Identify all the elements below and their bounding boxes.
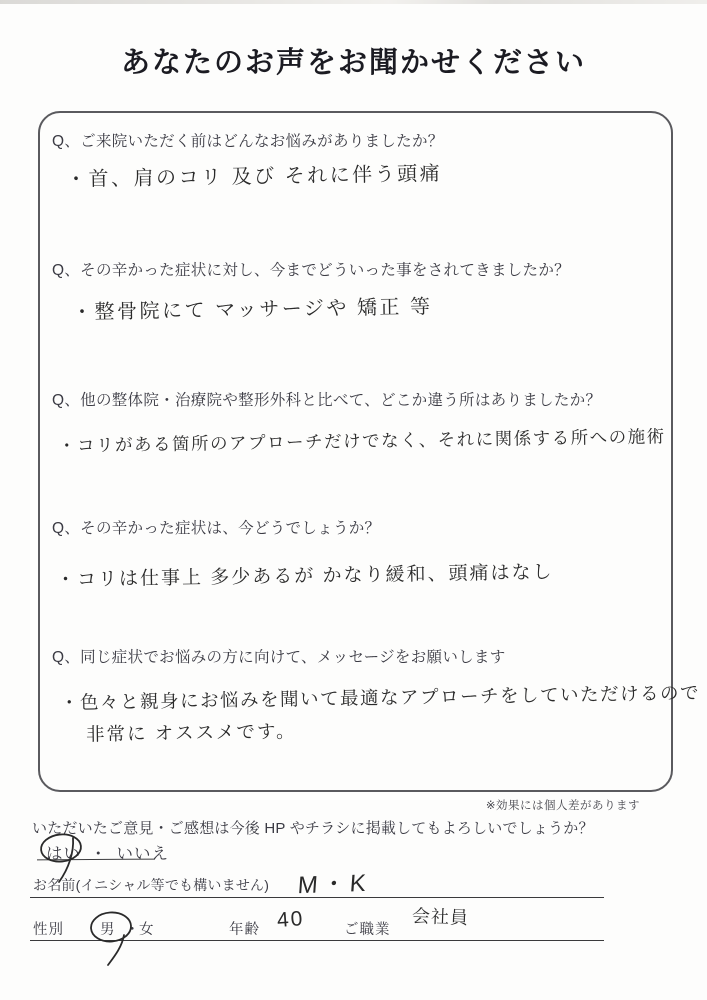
scan-edge-artifact <box>0 0 707 4</box>
publication-consent-question: いただいたご意見・ご感想は今後 HP やチラシに掲載してもよろしいでしょうか？ <box>32 817 594 838</box>
profile-row-underline <box>30 940 604 941</box>
scanned-survey-page: { "page": { "title": "あなたのお声をお聞かせください", … <box>0 0 707 1000</box>
question-5-label: Q、同じ症状でお悩みの方に向けて、メッセージをお願いします <box>52 645 652 667</box>
question-2-label: Q、その辛かった症状に対し、今までどういった事をされてきましたか？ <box>52 258 652 280</box>
page-title: あなたのお声をお聞かせください <box>0 40 707 81</box>
age-handwritten-value: 40 <box>276 907 305 933</box>
gender-option-male: 男 <box>100 918 116 939</box>
consent-options: はい・いいえ <box>46 840 169 864</box>
question-1-label: Q、ご来院いただく前はどんなお悩みがありましたか？ <box>52 129 652 151</box>
name-field-label: お名前(イニシャル等でも構いません) <box>33 875 269 895</box>
age-field-label: 年齢 <box>229 918 260 939</box>
question-5-handwritten-answer-line2: 非常に オススメです。 <box>86 717 297 746</box>
effect-disclaimer-note: ※効果には個人差があります <box>300 797 640 813</box>
question-3-label: Q、他の整体院・治療院や整形外科と比べて、どこか違う所はありましたか？ <box>52 388 652 410</box>
question-4-label: Q、その辛かった症状は、今どうでしょうか？ <box>52 516 652 538</box>
name-field-underline <box>30 897 604 898</box>
question-2-handwritten-answer: ・整骨院にて マッサージや 矯正 等 <box>72 290 433 325</box>
occupation-handwritten-value: 会社員 <box>412 902 470 930</box>
consent-option-no: いいえ <box>117 845 170 863</box>
question-1-handwritten-answer: ・首、肩のコリ 及び それに伴う頭痛 <box>66 157 443 192</box>
consent-option-separator: ・ <box>90 845 108 863</box>
gender-field-label: 性別 <box>33 918 64 939</box>
name-handwritten-value: M・K <box>297 863 371 901</box>
gender-option-female: 女 <box>139 918 155 939</box>
occupation-field-label: ご職業 <box>344 918 391 939</box>
